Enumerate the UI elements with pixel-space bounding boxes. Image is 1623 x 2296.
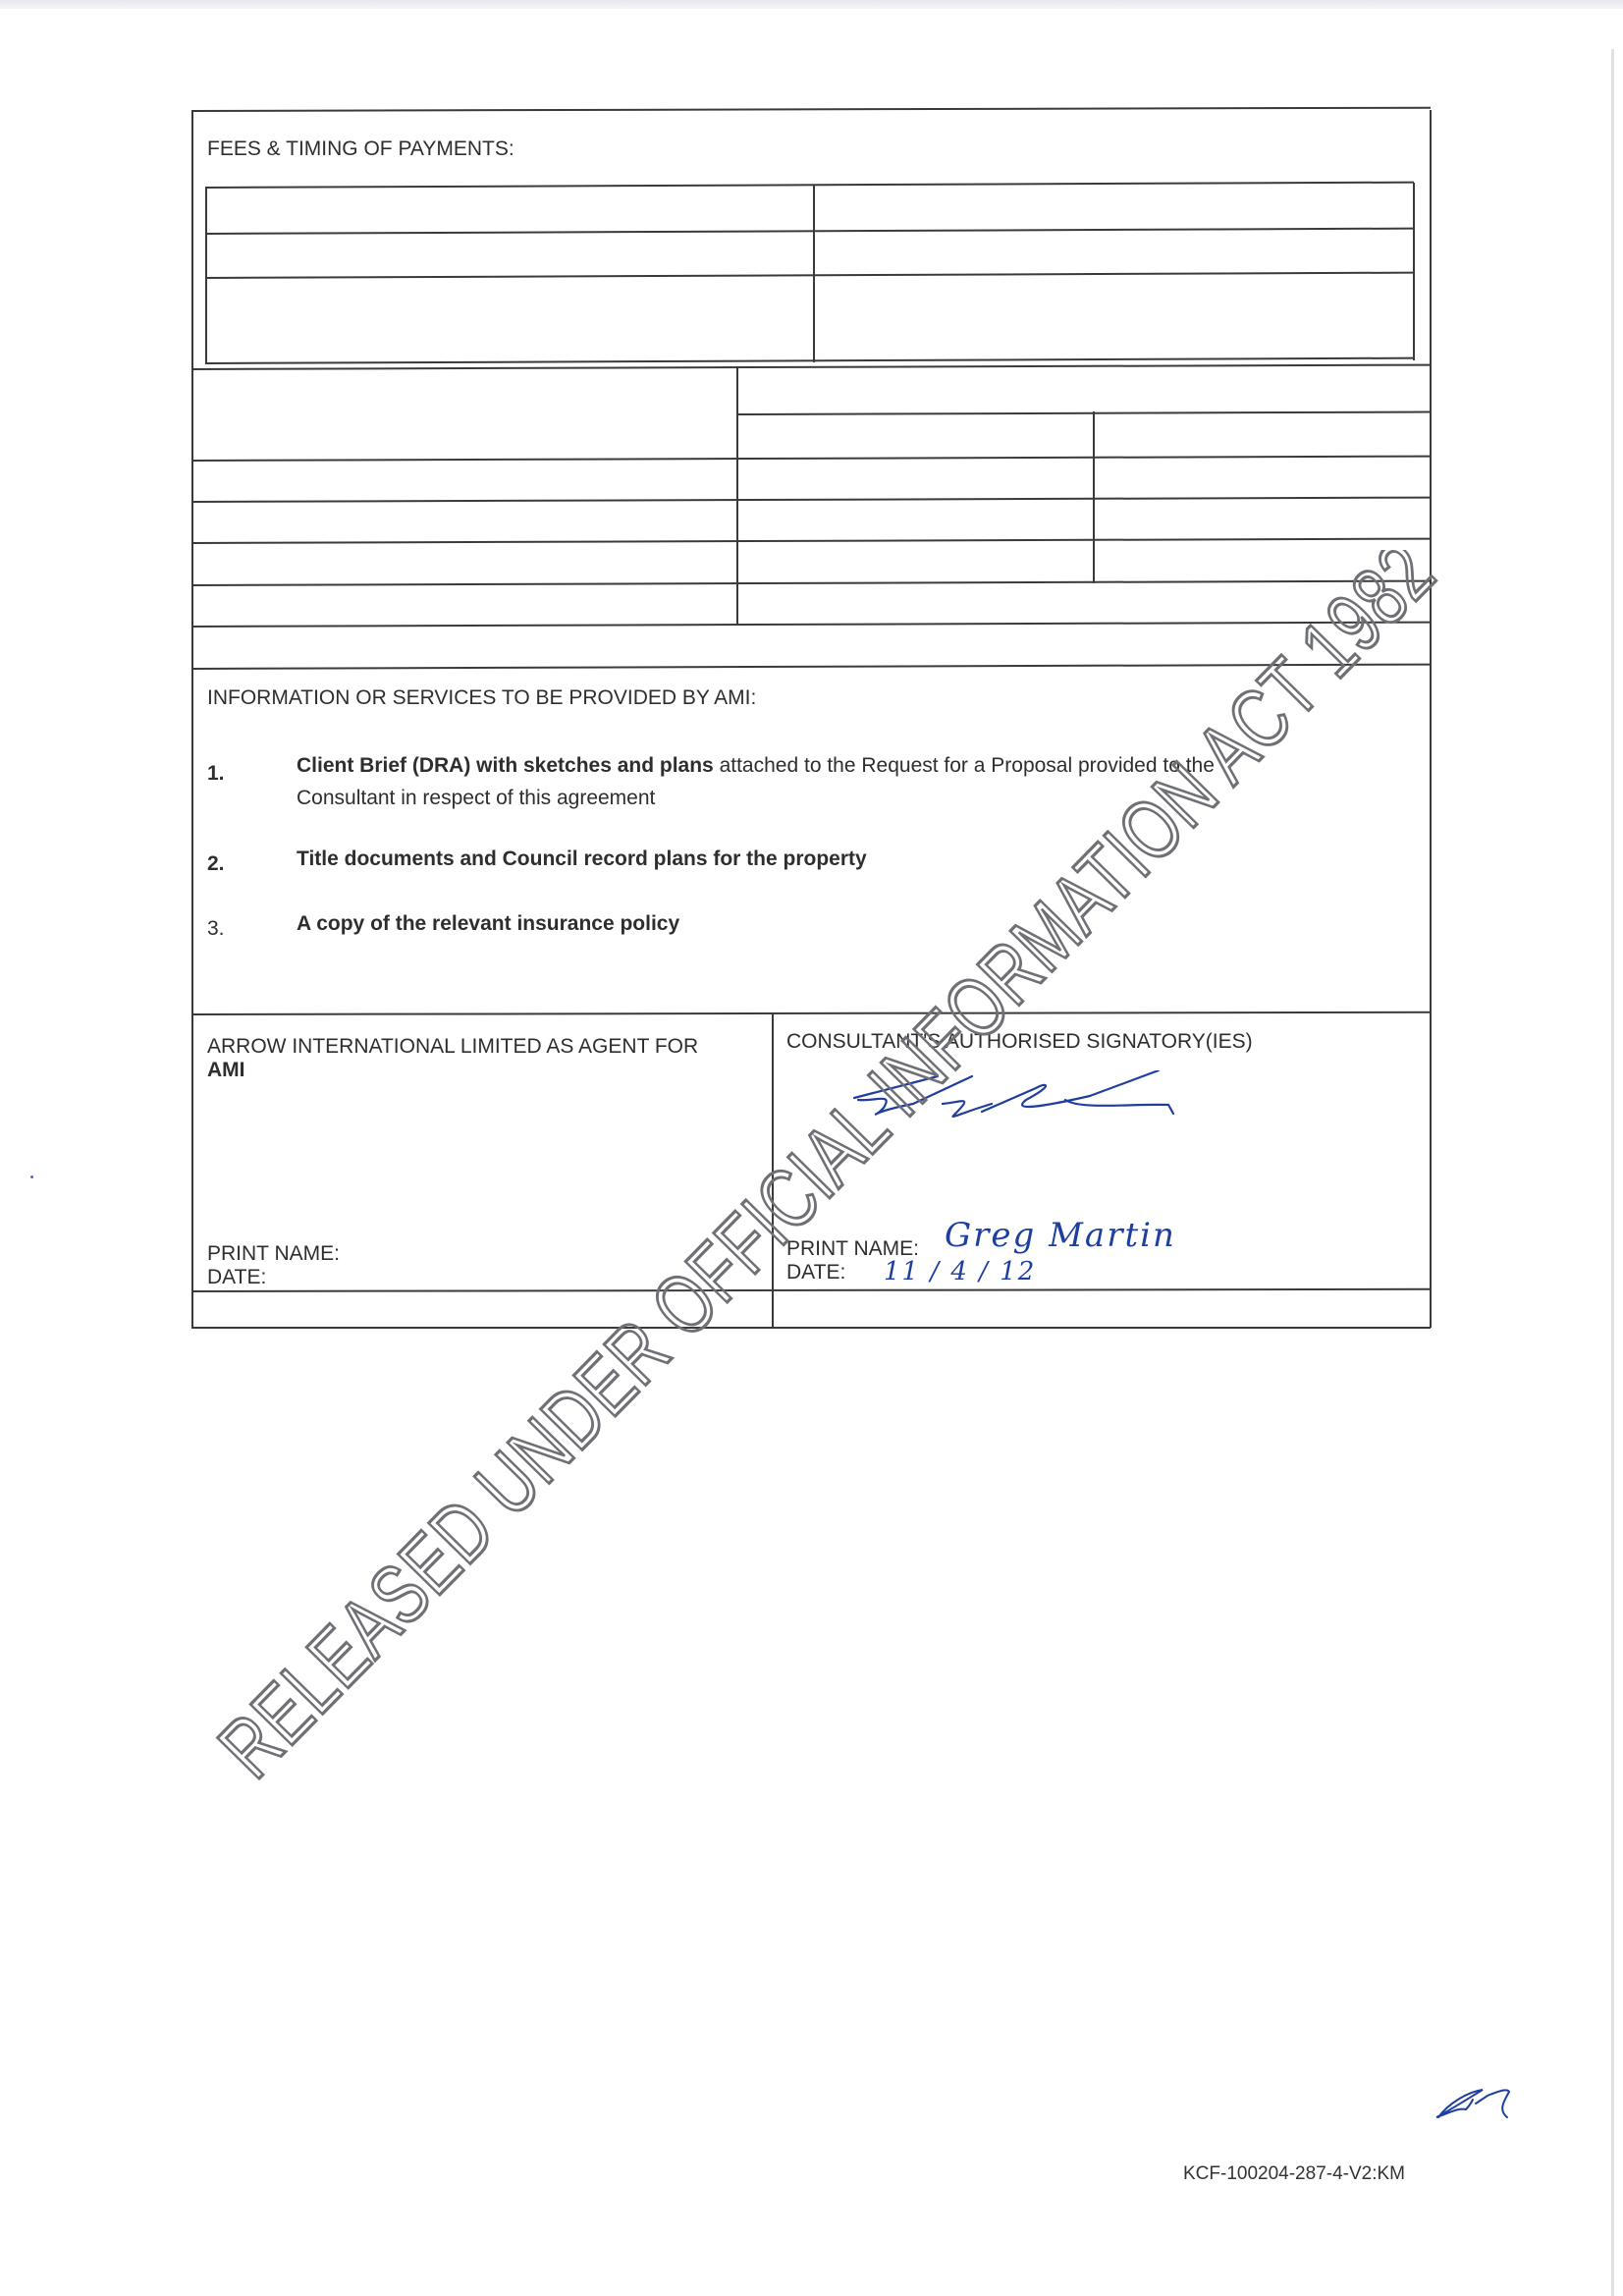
fees-table-bottom [205, 357, 1414, 364]
fees-table-left [205, 187, 207, 364]
grid-rule [191, 456, 1431, 462]
fees-heading: FEES & TIMING OF PAYMENTS: [207, 137, 514, 161]
info-item-number: 1. [207, 762, 225, 786]
grid-subcol-divider [1093, 411, 1095, 583]
grid-rule [191, 580, 1431, 586]
page-top-edge [0, 0, 1623, 9]
grid-rule [191, 538, 1431, 544]
grid-col-divider [736, 366, 738, 626]
frame-bottom-rule [191, 1327, 1431, 1329]
info-heading: INFORMATION OR SERVICES TO BE PROVIDED B… [207, 686, 756, 710]
info-item-bold: A copy of the relevant insurance policy [297, 912, 679, 935]
info-item-bold: Client Brief (DRA) with sketches and pla… [297, 754, 714, 777]
fees-table-right [1413, 183, 1415, 360]
consultant-print-name-value: Greg Martin [945, 1216, 1176, 1255]
info-item: Title documents and Council record plans… [297, 843, 867, 875]
agent-heading: ARROW INTERNATIONAL LIMITED AS AGENT FOR [207, 1035, 698, 1059]
document-reference: KCF-100204-287-4-V2:KM [1183, 2163, 1405, 2185]
svg-text:RELEASED UNDER OFFICIAL INFORM: RELEASED UNDER OFFICIAL INFORMATION ACT … [201, 550, 1452, 1795]
initials-signature [1429, 2082, 1527, 2126]
consultant-heading: CONSULTANT'S AUTHORISED SIGNATORY(IES) [786, 1030, 1253, 1054]
scan-speck [30, 1175, 33, 1178]
fees-table-divider [813, 186, 815, 362]
grid-rule [191, 622, 1431, 628]
grid-rule [191, 497, 1431, 503]
frame-left-rule [191, 111, 193, 1328]
grid-rule [736, 411, 1431, 415]
info-item-number: 2. [207, 852, 225, 876]
info-item-text: Consultant in respect of this agreement [297, 787, 655, 809]
info-item: A copy of the relevant insurance policy [297, 907, 679, 940]
signature-col-divider [772, 1013, 774, 1328]
info-item-text: attached to the Request for a Proposal p… [714, 754, 1215, 777]
release-watermark: RELEASED UNDER OFFICIAL INFORMATION ACT … [196, 550, 1571, 1827]
info-item: Client Brief (DRA) with sketches and pla… [297, 749, 1215, 814]
fees-table-row-rule [205, 272, 1414, 279]
consultant-date-value: 11 / 4 / 12 [884, 1257, 1036, 1286]
info-item-bold: Title documents and Council record plans… [297, 847, 867, 870]
consultant-signature [835, 1070, 1188, 1149]
signature-row-rule [191, 1288, 1431, 1292]
consultant-date-label: DATE: [786, 1261, 845, 1285]
frame-right-rule [1430, 110, 1432, 1328]
signature-table-top [191, 1011, 1431, 1015]
fees-table-top [205, 182, 1414, 189]
agent-print-name-label: PRINT NAME: [207, 1242, 340, 1266]
info-item-number: 3. [207, 917, 225, 941]
page-right-edge [1611, 49, 1614, 2296]
agent-heading-ami: AMI [207, 1059, 245, 1082]
grid-rule [191, 364, 1431, 370]
frame-top-rule [191, 107, 1431, 112]
grid-rule [191, 664, 1431, 670]
fees-table-row-rule [205, 228, 1414, 235]
agent-date-label: DATE: [207, 1266, 266, 1289]
